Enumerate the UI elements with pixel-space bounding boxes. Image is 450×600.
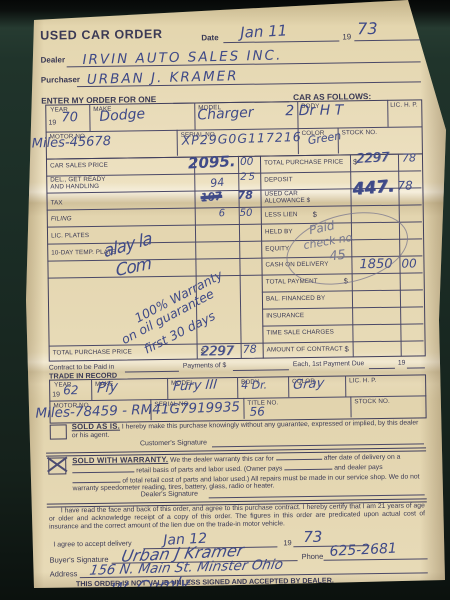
contract-blank-1 xyxy=(125,371,179,373)
sold-as-is-text: I hereby make this purchase knowingly wi… xyxy=(72,419,419,439)
trade-body-handwritten: 4 Dr. xyxy=(241,379,267,392)
less-lien-dollar-sign: $ xyxy=(313,210,317,219)
car-sales-price-label: CAR SALES PRICE xyxy=(50,162,108,170)
trade-year-handwritten: 62 xyxy=(63,383,78,397)
body-handwritten: 2 Dr H T xyxy=(285,102,343,119)
phone-handwritten: 625-2681 xyxy=(329,541,397,560)
salesman-label: Salesman xyxy=(50,589,81,596)
filing-label: FILING xyxy=(51,215,72,222)
cash-on-delivery-cents: 00 xyxy=(401,256,416,270)
form-sheet: USED CAR ORDER Date Jan 11 19 73 Dealer … xyxy=(38,9,430,596)
total-purchase-price-left-label: TOTAL PURCHASE PRICE xyxy=(53,348,132,356)
contract-year-prefix: 19 xyxy=(398,360,406,367)
address-label: Address xyxy=(50,569,78,578)
time-sale-charges-label: TIME SALE CHARGES xyxy=(266,329,334,337)
sold-with-warranty-label: SOLD WITH WARRANTY. xyxy=(72,455,168,465)
stock-no-header: STOCK NO. xyxy=(342,129,378,136)
phone-label: Phone xyxy=(301,552,323,561)
car-sales-price-value: 2095. xyxy=(188,152,236,172)
trade-model-handwritten: Fury III xyxy=(172,377,217,394)
warranty-text-5: of total retail cost of parts and labor … xyxy=(73,473,420,493)
dealer-signature-footer-label: DEALER'S SIGNATURE xyxy=(318,596,398,600)
used-car-allowance-cents: 78 xyxy=(397,178,412,192)
contract-blank-4 xyxy=(407,367,425,368)
amount-of-contract-dollar-sign: $ xyxy=(345,344,349,353)
form-title: USED CAR ORDER xyxy=(40,27,162,43)
sold-as-is-label: SOLD AS IS. xyxy=(72,422,120,432)
warranty-text-4: and dealer pays xyxy=(334,464,382,472)
model-handwritten: Charger xyxy=(197,105,254,124)
dealer-handwritten: IRVIN AUTO SALES INC. xyxy=(82,47,282,68)
dealer-signature-checkbox xyxy=(418,594,427,600)
total-purchase-price-right-value: 2297 xyxy=(356,150,390,167)
make-handwritten: Dodge xyxy=(99,106,146,125)
trade-title-no-handwritten: 56 xyxy=(249,405,264,419)
insurance-label: INSURANCE xyxy=(266,312,304,320)
accepted-by-label: Accepted by xyxy=(236,586,275,594)
trade-color-handwritten: Gray xyxy=(292,376,325,393)
tax-value-scribbled: 107 xyxy=(200,189,222,204)
warranty-text-1: We the dealer warranty this car for xyxy=(170,455,274,463)
contract-text-3: Each, 1st Payment Due xyxy=(293,360,364,368)
dealer-signature-line xyxy=(209,494,425,498)
total-purchase-price-left-value: 2297 xyxy=(201,344,234,359)
accepted-by-line xyxy=(278,592,428,595)
warranty-text-2: after date of delivery on a xyxy=(324,454,401,462)
held-by-label: HELD BY xyxy=(265,228,293,235)
sold-as-is-paragraph: SOLD AS IS. I hereby make this purchase … xyxy=(72,418,422,439)
lic-plates-label: LIC. PLATES xyxy=(51,232,89,240)
lic-hp-header: LIC. H. P. xyxy=(390,101,418,108)
bal-financed-label: BAL. FINANCED BY xyxy=(266,295,325,303)
deposit-label: DEPOSIT xyxy=(264,176,292,183)
tax-label: TAX xyxy=(51,199,63,206)
trade-make-handwritten: Ply xyxy=(96,379,118,397)
sold-with-warranty-paragraph: SOLD WITH WARRANTY. We the dealer warran… xyxy=(72,451,424,493)
contract-blank-2 xyxy=(233,369,289,371)
amount-of-contract-label: AMOUNT OF CONTRACT xyxy=(267,345,343,353)
customer-signature-label: Customer's Signature xyxy=(140,439,207,447)
car-sales-price-cents: 00 xyxy=(240,156,254,168)
delivery-year-prefix: 19 xyxy=(283,538,291,547)
used-car-order-form: USED CAR ORDER Date Jan 11 19 73 Dealer … xyxy=(26,0,446,594)
dealer-signature-label: Dealer's Signature xyxy=(141,491,198,499)
motor-no-handwritten: Miles-45678 xyxy=(32,134,112,151)
warranty-blank-4 xyxy=(72,475,120,483)
tax-cents: 78 xyxy=(237,189,252,202)
filing-cents: 50 xyxy=(240,208,253,219)
accept-delivery-label: I agree to accept delivery xyxy=(53,540,131,548)
contract-text-2: Payments of $ xyxy=(183,362,227,370)
total-purchase-price-left-cents: 78 xyxy=(243,343,257,356)
sold-as-is-checkbox xyxy=(50,424,67,439)
warranty-text-3: retail basis of parts and labor used. (O… xyxy=(136,465,282,474)
paid-note-line3: 45 xyxy=(329,248,347,265)
warranty-blank-3 xyxy=(284,462,332,470)
date-label: Date xyxy=(201,33,218,42)
total-purchase-price-right-cents: 78 xyxy=(402,151,416,164)
date-year-line xyxy=(354,39,420,41)
delivery-year-handwritten: 73 xyxy=(303,528,322,546)
customer-signature-line xyxy=(212,443,424,447)
date-year-prefix: 19 xyxy=(342,32,351,41)
contract-blank-3 xyxy=(369,368,395,369)
trade-stock-no-header: STOCK NO. xyxy=(354,398,390,405)
salesman-line xyxy=(82,595,230,598)
year-prefix: 19 xyxy=(48,119,56,126)
year-handwritten: 70 xyxy=(61,110,78,125)
dealer-label: Dealer xyxy=(41,55,66,64)
warranty-blank-2 xyxy=(72,465,134,473)
used-car-allowance-label2: ALLOWANCE $ xyxy=(265,197,311,205)
trade-year-prefix: 19 xyxy=(52,391,60,398)
used-car-allowance-value: 447. xyxy=(352,176,395,199)
purchaser-label: Purchaser xyxy=(41,75,80,85)
trade-lic-hp-header: LIC. H. P. xyxy=(349,377,377,384)
del-handling-cents: 25 xyxy=(240,172,257,183)
date-year-handwritten: 73 xyxy=(357,19,378,38)
del-get-ready-label2: AND HANDLING xyxy=(50,183,99,191)
date-handwritten: Jan 11 xyxy=(240,21,288,41)
less-lien-label: LESS LIEN xyxy=(265,211,298,218)
certification-paragraph: I have read the face and back of this or… xyxy=(49,502,425,531)
equity-label: EQUITY xyxy=(265,245,289,252)
total-purchase-price-right-label: TOTAL PURCHASE PRICE xyxy=(264,158,343,166)
photo-background: USED CAR ORDER Date Jan 11 19 73 Dealer … xyxy=(0,0,450,600)
warranty-blank-1 xyxy=(276,453,322,461)
filing-value: 6 xyxy=(219,208,226,219)
del-handling-value: 94 xyxy=(210,175,225,190)
